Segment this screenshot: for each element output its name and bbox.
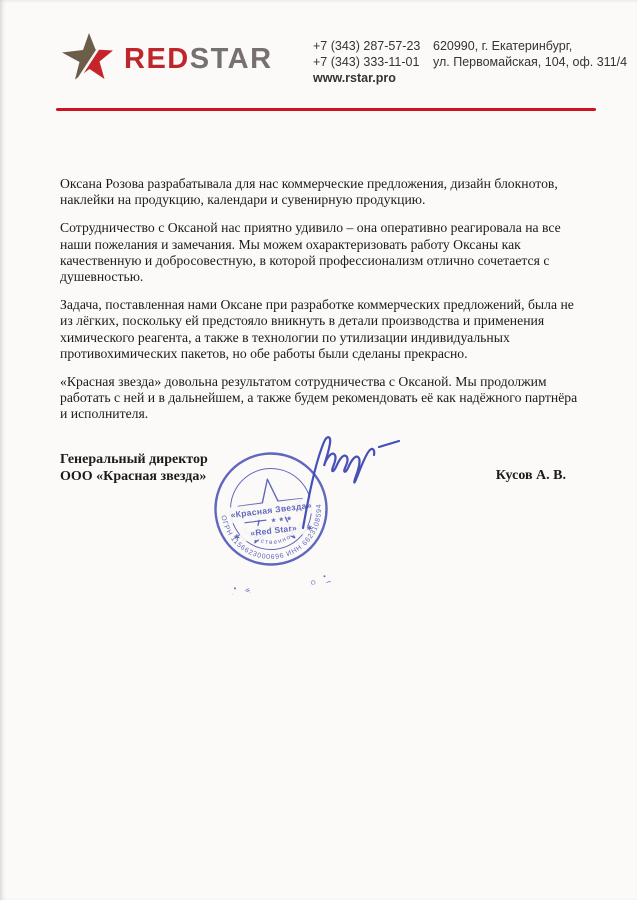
scanned-letter-page: REDSTAR +7 (343) 287-57-23 +7 (343) 333-…	[0, 0, 637, 900]
logo-star-part: STAR	[190, 43, 273, 75]
stamp-inner-top-text: Общество с ограниченной	[244, 578, 320, 598]
signature-stroke-dash	[379, 441, 399, 447]
address-line-2: ул. Первомайская, 104, оф. 311/4	[433, 55, 627, 71]
stamp-outer-top-text: • Россия Свердловская обл. г. Нижний Таг…	[227, 573, 342, 598]
company-logo: REDSTAR	[62, 33, 273, 85]
phone-number-1: +7 (343) 287-57-23	[313, 39, 420, 55]
address-line-1: 620990, г. Екатеринбург,	[433, 39, 627, 55]
paragraph-1: Оксана Розова разрабатывала для нас комм…	[60, 176, 584, 208]
logo-red-part: RED	[124, 43, 190, 75]
redstar-star-icon	[62, 33, 118, 85]
phone-number-2: +7 (343) 333-11-01	[313, 55, 420, 71]
signature-stroke-main	[303, 437, 374, 528]
stamp-left-asterisk: ✱	[234, 533, 241, 542]
paragraph-2: Сотрудничество с Оксаной нас приятно уди…	[60, 220, 584, 285]
logo-wordmark: REDSTAR	[124, 33, 273, 85]
website-url: www.rstar.pro	[313, 71, 420, 87]
signer-name: Кусов А. В.	[496, 468, 566, 484]
contact-phones: +7 (343) 287-57-23 +7 (343) 333-11-01 ww…	[313, 39, 420, 86]
contact-block: +7 (343) 287-57-23 +7 (343) 333-11-01 ww…	[313, 39, 627, 86]
letter-body: Оксана Розова разрабатывала для нас комм…	[60, 176, 584, 435]
contact-address: 620990, г. Екатеринбург, ул. Первомайска…	[433, 39, 627, 86]
red-divider-line	[56, 108, 596, 111]
handwritten-signature	[280, 426, 420, 550]
paragraph-4: «Красная звезда» довольна результатом со…	[60, 374, 584, 423]
paragraph-3: Задача, поставленная нами Оксане при раз…	[60, 297, 584, 362]
